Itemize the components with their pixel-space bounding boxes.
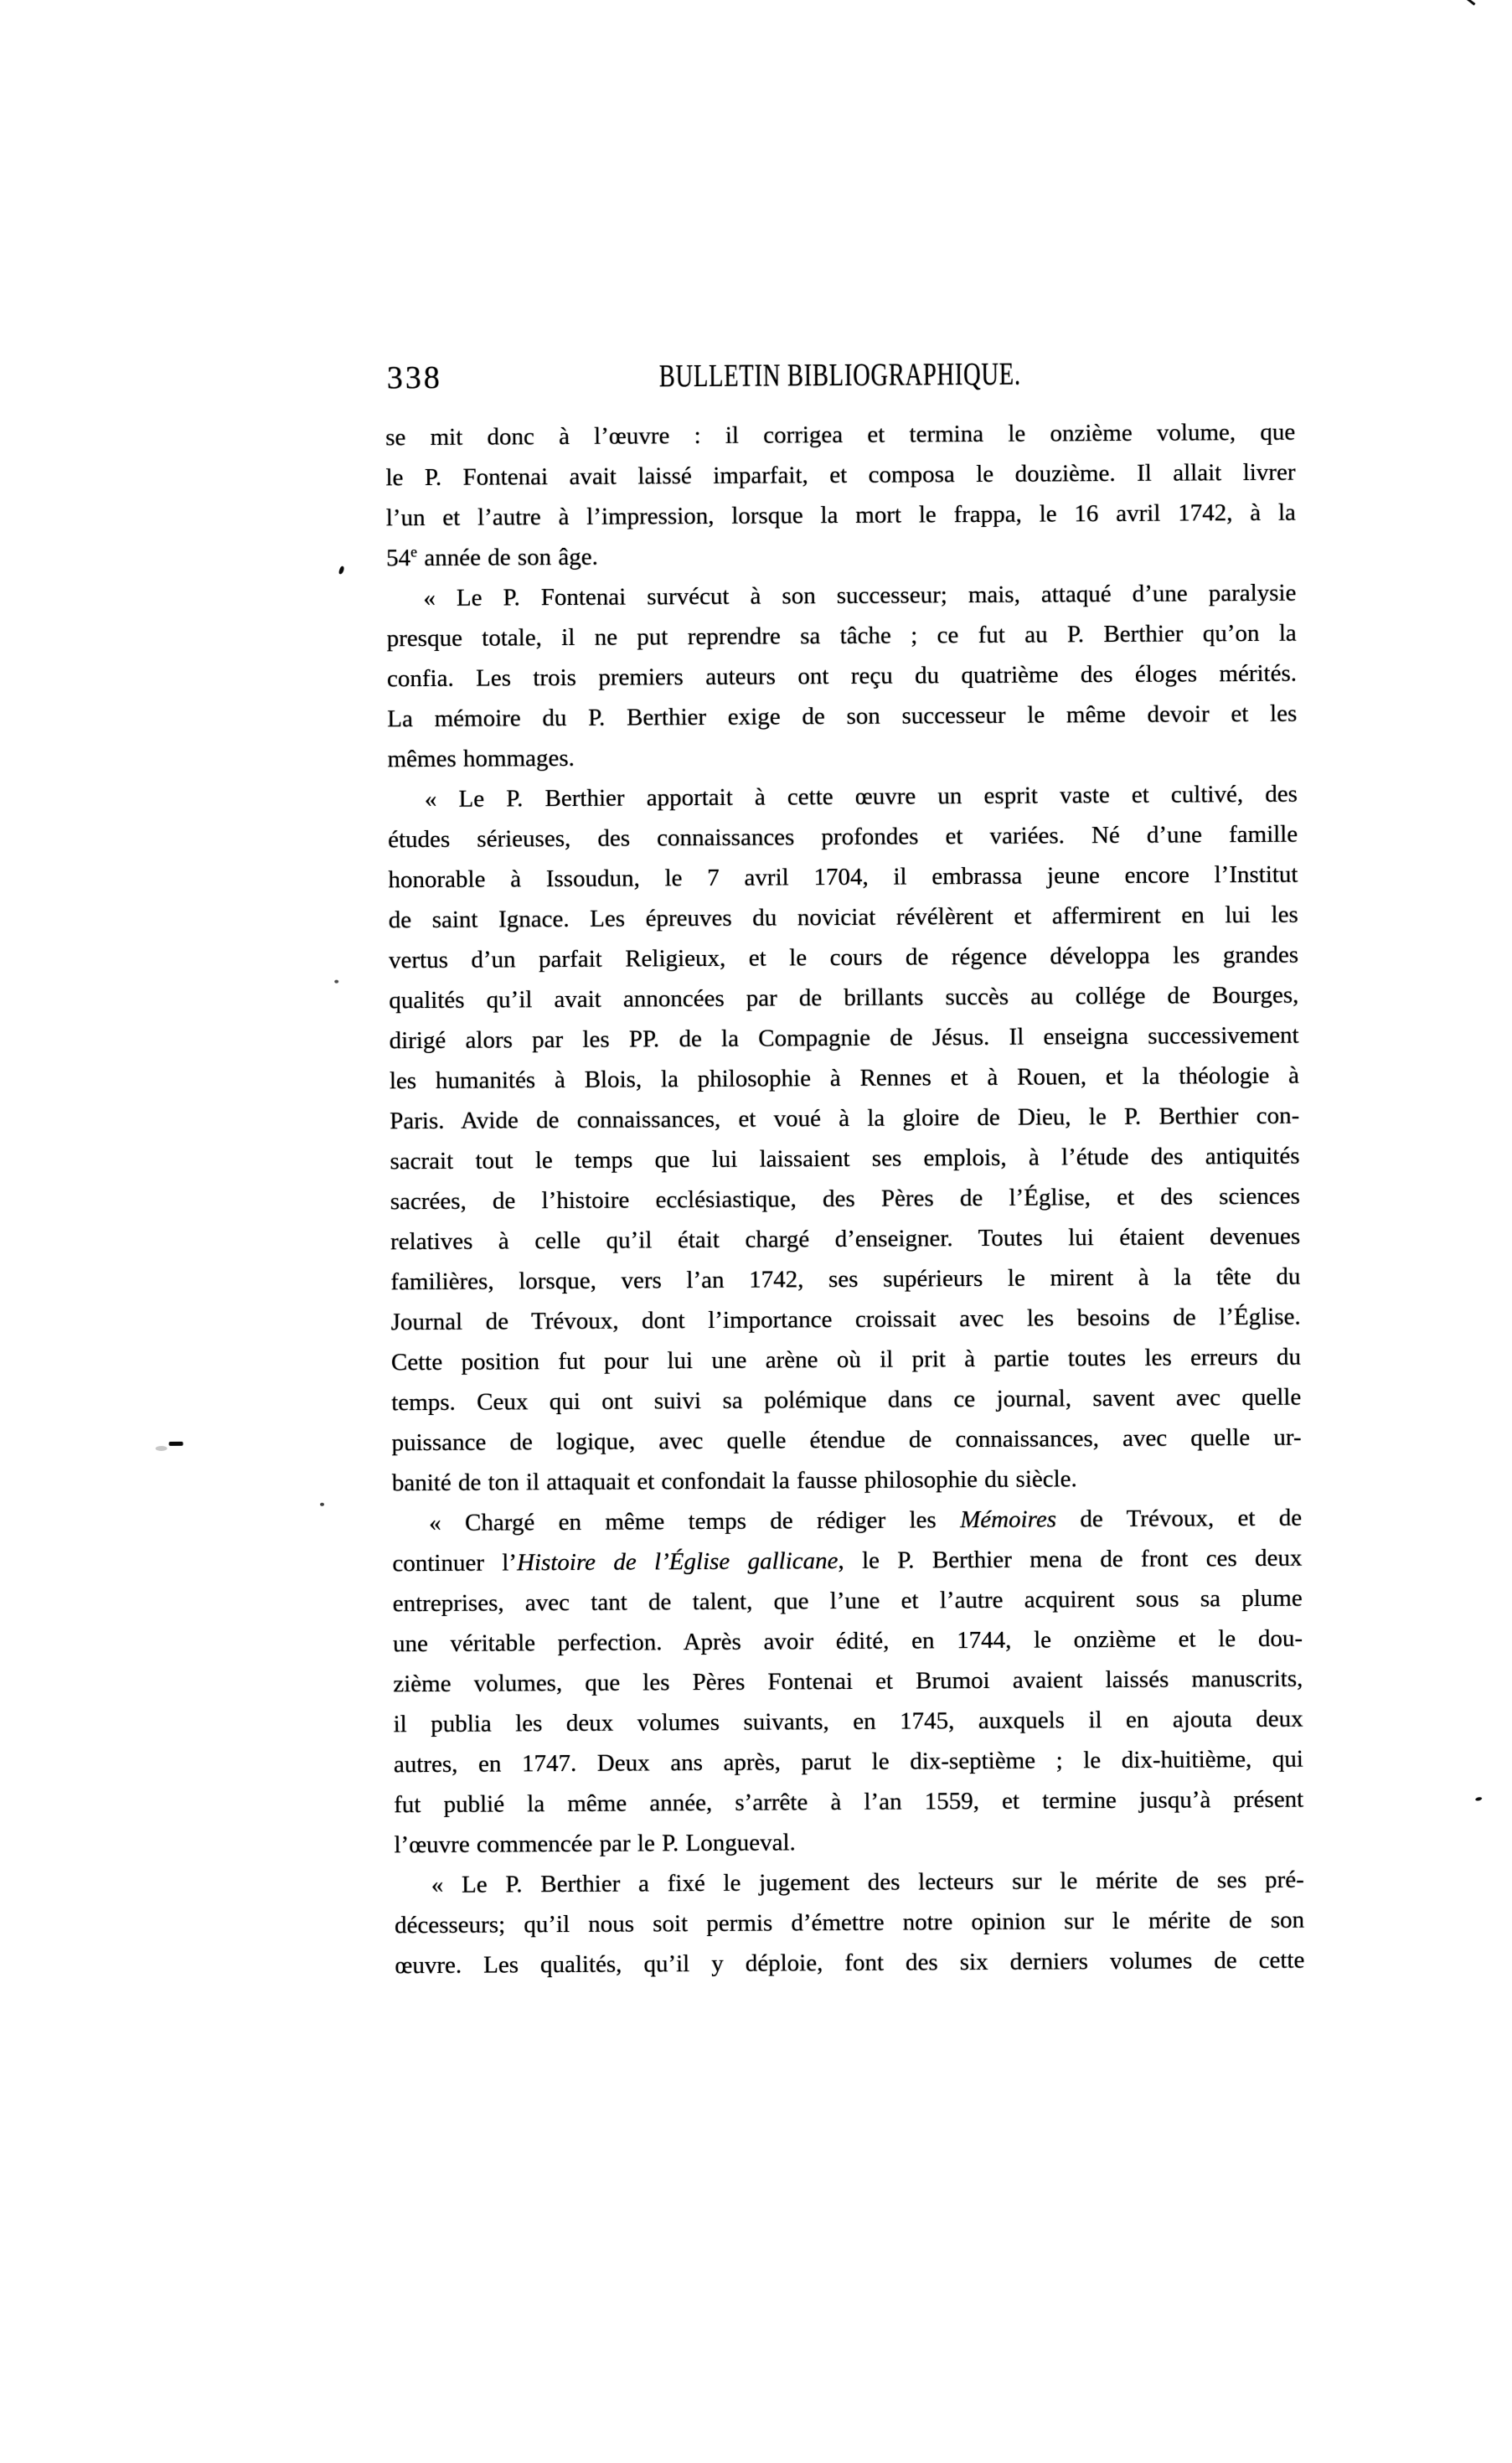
page-body-text: se mit donc à l’œuvre : il corrigea et t… [385,412,1304,1986]
text-line: autres, en 1747. Deux ans après, parut l… [394,1739,1303,1785]
scan-speck-top-right [1464,0,1476,6]
page-sheet: 338 BULLETIN BIBLIOGRAPHIQUE. se mit don… [0,0,1512,2463]
scan-speck-dot-3 [1475,1797,1483,1802]
scan-speck-blot [156,1446,168,1451]
text-line: Journal de Trévoux, dont l’importance cr… [391,1297,1301,1343]
text-line: confia. Les trois premiers auteurs ont r… [387,653,1297,700]
text-line: dirigé alors par les PP. de la Compagnie… [389,1015,1298,1061]
text-line: Cette position fut pour lui une arène où… [391,1337,1301,1383]
text-line: banité de ton il attaquait et confondait… [392,1458,1302,1504]
text-line: fut publié la même année, s’arrête à l’a… [394,1779,1303,1825]
running-title: BULLETIN BIBLIOGRAPHIQUE. [659,359,1021,393]
text-line: La mémoire du P. Berthier exige de son s… [387,694,1297,740]
text-line: décesseurs; qu’il nous soit permis d’éme… [395,1900,1304,1946]
text-line: relatives à celle qu’il était chargé d’e… [390,1216,1300,1262]
text-line: presque totale, il ne put reprendre sa t… [387,613,1297,659]
text-line: se mit donc à l’œuvre : il corrigea et t… [385,412,1295,458]
text-line: familières, lorsque, vers l’an 1742, ses… [390,1257,1300,1303]
text-line: puissance de logique, avec quelle étendu… [391,1417,1301,1464]
text-line: entreprises, avec tant de talent, que l’… [393,1578,1303,1624]
text-line: « Le P. Berthier a fixé le jugement des … [395,1860,1304,1906]
scan-speck-dot-1 [334,980,338,984]
text-line: continuer l’Histoire de l’Église gallica… [392,1538,1302,1584]
text-line: zième volumes, que les Pères Fontenai et… [393,1659,1303,1705]
text-line: études sérieuses, des connaissances prof… [388,814,1298,860]
text-line: qualités qu’il avait annoncées par de br… [389,975,1298,1021]
text-line: mêmes hommages. [387,734,1297,780]
text-line: sacrées, de l’histoire ecclésiastique, d… [390,1176,1300,1222]
text-line: sacrait tout le temps que lui laissaient… [390,1136,1299,1182]
text-line: l’œuvre commencée par le P. Longueval. [394,1820,1303,1866]
text-line: « Le P. Berthier apportait à cette œuvre… [388,774,1298,820]
text-line: œuvre. Les qualités, qu’il y déploie, fo… [395,1940,1304,1986]
scan-speck-comma [338,565,345,575]
text-line: 54e année de son âge. [386,533,1296,579]
running-title-wrap: BULLETIN BIBLIOGRAPHIQUE. [385,357,1295,395]
text-line: « Chargé en même temps de rédiger les Mé… [392,1498,1302,1544]
text-line: il publia les deux volumes suivants, en … [393,1699,1303,1745]
text-line: Paris. Avide de connaissances, et voué à… [390,1096,1299,1142]
scan-speck-dash [169,1442,183,1446]
text-line: le P. Fontenai avait laissé imparfait, e… [385,452,1295,498]
text-line: « Le P. Fontenai survécut à son successe… [386,573,1296,619]
text-line: une véritable perfection. Après avoir éd… [393,1619,1303,1665]
text-line: temps. Ceux qui ont suivi sa polémique d… [391,1377,1301,1423]
text-line: de saint Ignace. Les épreuves du novicia… [389,895,1298,941]
text-line: vertus d’un parfait Religieux, et le cou… [389,935,1298,981]
scanned-page: 338 BULLETIN BIBLIOGRAPHIQUE. se mit don… [0,0,1512,2463]
text-line: les humanités à Blois, la philosophie à … [390,1056,1299,1102]
scan-speck-dot-2 [320,1503,324,1506]
text-line: honorable à Issoudun, le 7 avril 1704, i… [388,855,1298,901]
text-line: l’un et l’autre à l’impression, lorsque … [386,493,1296,539]
